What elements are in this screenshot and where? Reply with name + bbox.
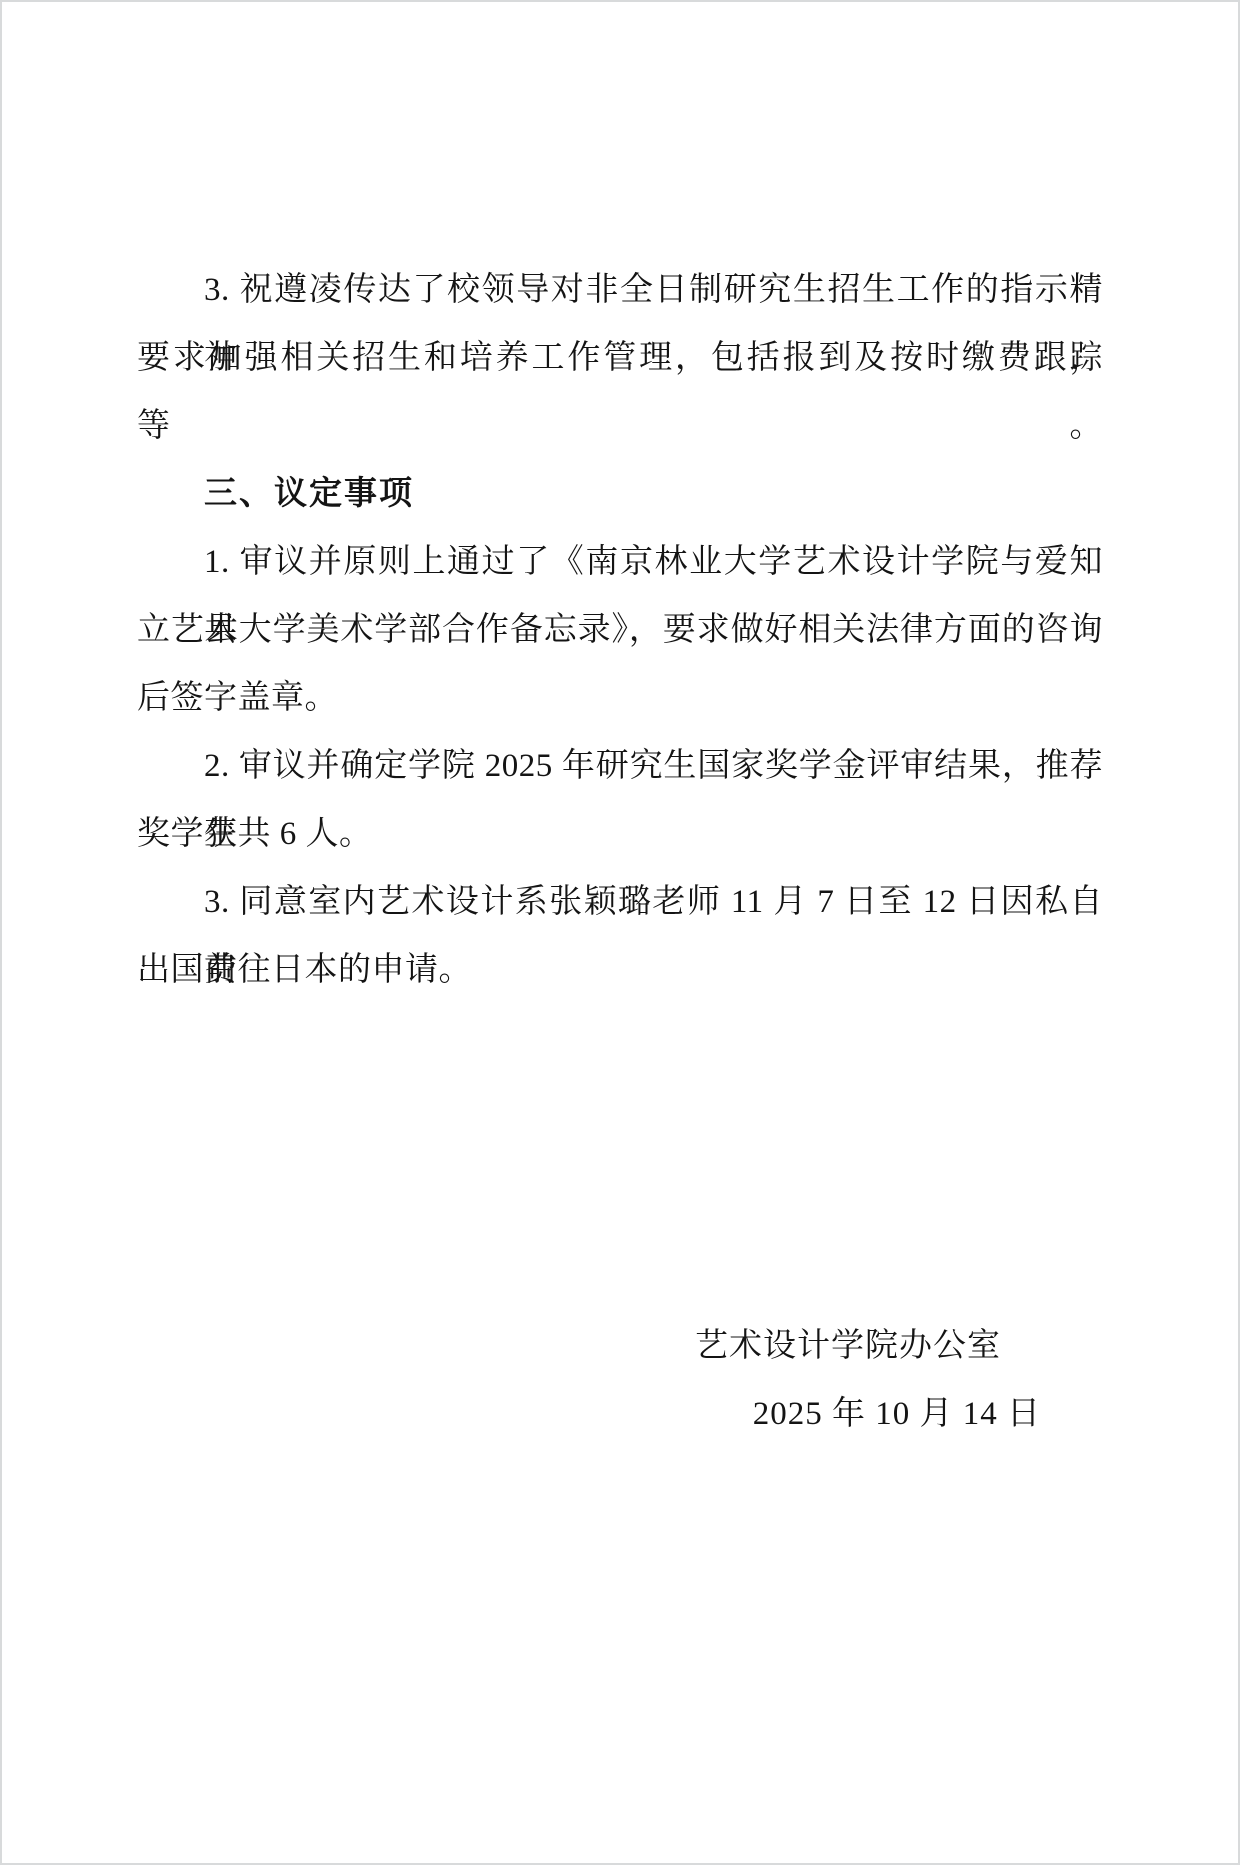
paragraph-line: 要求加强相关招生和培养工作管理，包括报到及按时缴费跟踪等。 bbox=[137, 324, 1103, 392]
section-heading: 三、议定事项 bbox=[137, 460, 1103, 528]
list-item-line: 出国前往日本的申请。 bbox=[137, 936, 1103, 1004]
list-item-line: 后签字盖章。 bbox=[137, 664, 1103, 732]
signature-department: 艺术设计学院办公室 bbox=[137, 1312, 1103, 1380]
list-item-line: 2. 审议并确定学院 2025 年研究生国家奖学金评审结果，推荐获 bbox=[137, 732, 1103, 800]
signature-block: 艺术设计学院办公室 2025 年 10 月 14 日 bbox=[137, 1312, 1103, 1448]
paragraph-line: 3. 祝遵凌传达了校领导对非全日制研究生招生工作的指示精神， bbox=[137, 256, 1103, 324]
document-body: 3. 祝遵凌传达了校领导对非全日制研究生招生工作的指示精神， 要求加强相关招生和… bbox=[2, 256, 1238, 1448]
list-item-line: 3. 同意室内艺术设计系张颖璐老师 11 月 7 日至 12 日因私自费 bbox=[137, 868, 1103, 936]
list-item-line: 立艺术大学美术学部合作备忘录》，要求做好相关法律方面的咨询 bbox=[137, 596, 1103, 664]
list-item-line: 1. 审议并原则上通过了《南京林业大学艺术设计学院与爱知县 bbox=[137, 528, 1103, 596]
signature-date: 2025 年 10 月 14 日 bbox=[137, 1380, 1103, 1448]
document-page: 3. 祝遵凌传达了校领导对非全日制研究生招生工作的指示精神， 要求加强相关招生和… bbox=[0, 0, 1240, 1865]
list-item-line: 奖学生共 6 人。 bbox=[137, 800, 1103, 868]
